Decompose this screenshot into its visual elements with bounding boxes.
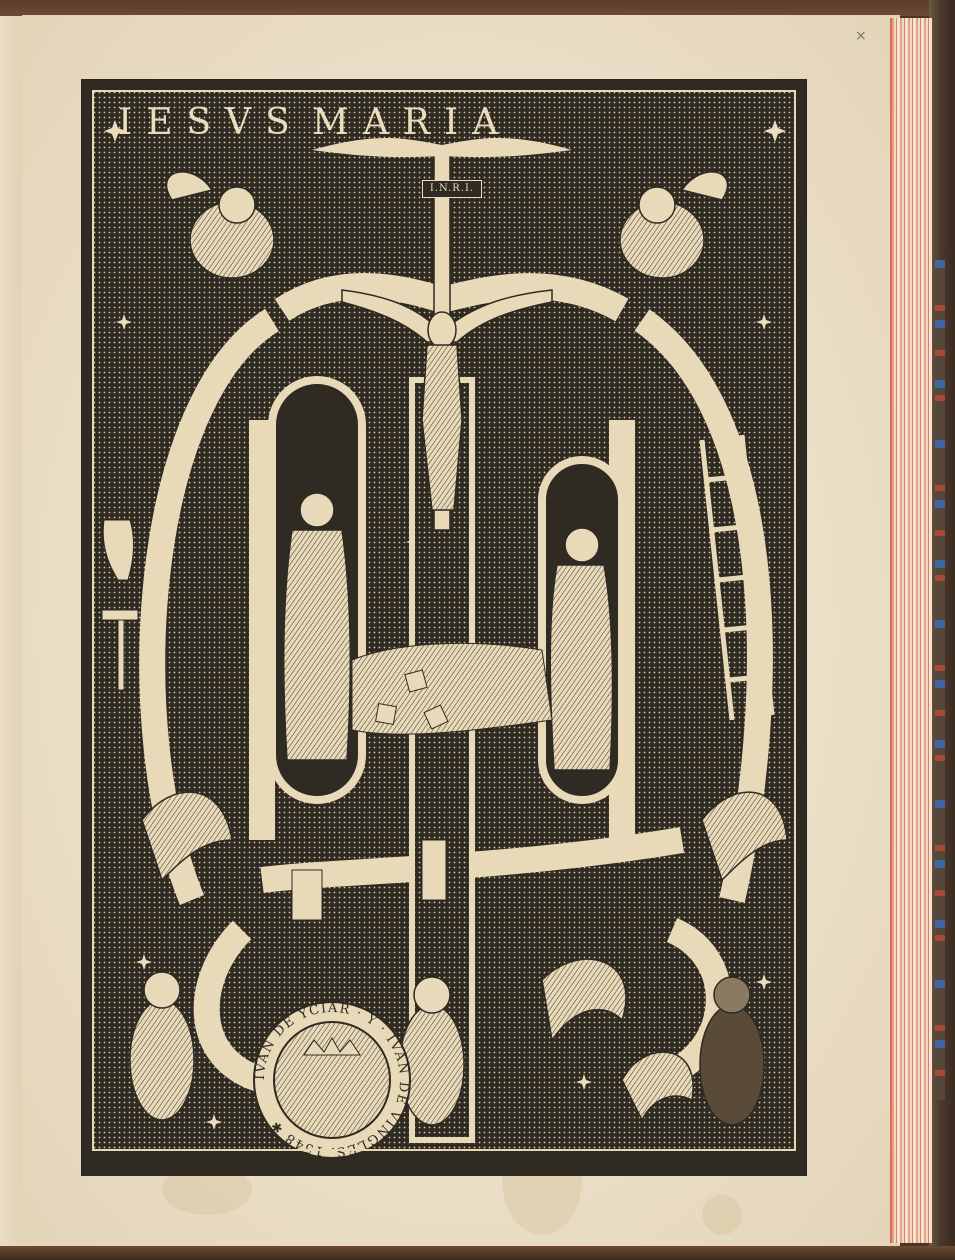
pencil-margin-mark: × (855, 28, 867, 44)
gilt-red-page-edges (890, 18, 932, 1243)
book-binding-bottom (0, 1246, 955, 1260)
foxing-stain (702, 1195, 742, 1235)
inri-tablet: I.N.R.I. (422, 180, 482, 198)
woodcut-border (92, 90, 796, 1151)
motto-word-iesus: IESVS (118, 102, 304, 143)
book-binding-top (0, 0, 955, 16)
facing-page-edge (0, 16, 23, 1246)
woodcut-illustration: IVAN DE YCIAR · Y · IVAN DE VINGLES. 154… (82, 80, 806, 1175)
marbled-endpaper (935, 260, 945, 1100)
motto-word-maria: MARIA (312, 102, 512, 143)
